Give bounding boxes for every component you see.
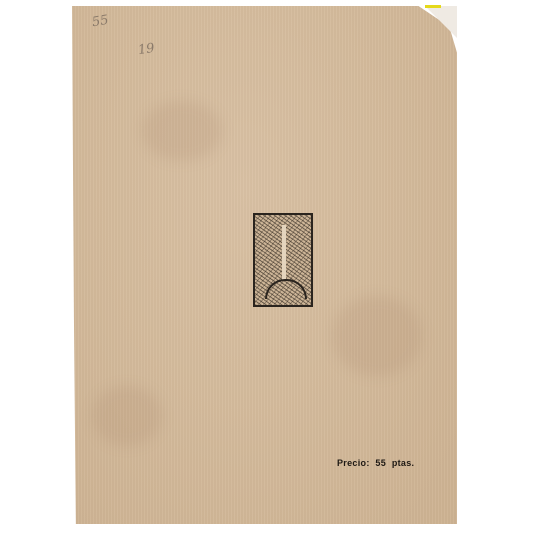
stain [92,386,162,446]
stain [332,296,422,376]
sun-icon [265,279,307,299]
pencil-note-number: 19 [137,41,155,58]
price-label: Precio: 55 ptas. [337,458,414,468]
printer-mark-emblem [253,213,313,307]
pencil-note-top: 55 [91,13,110,31]
tree-icon [282,225,286,280]
yellow-tab [425,5,441,8]
stain [142,101,222,161]
